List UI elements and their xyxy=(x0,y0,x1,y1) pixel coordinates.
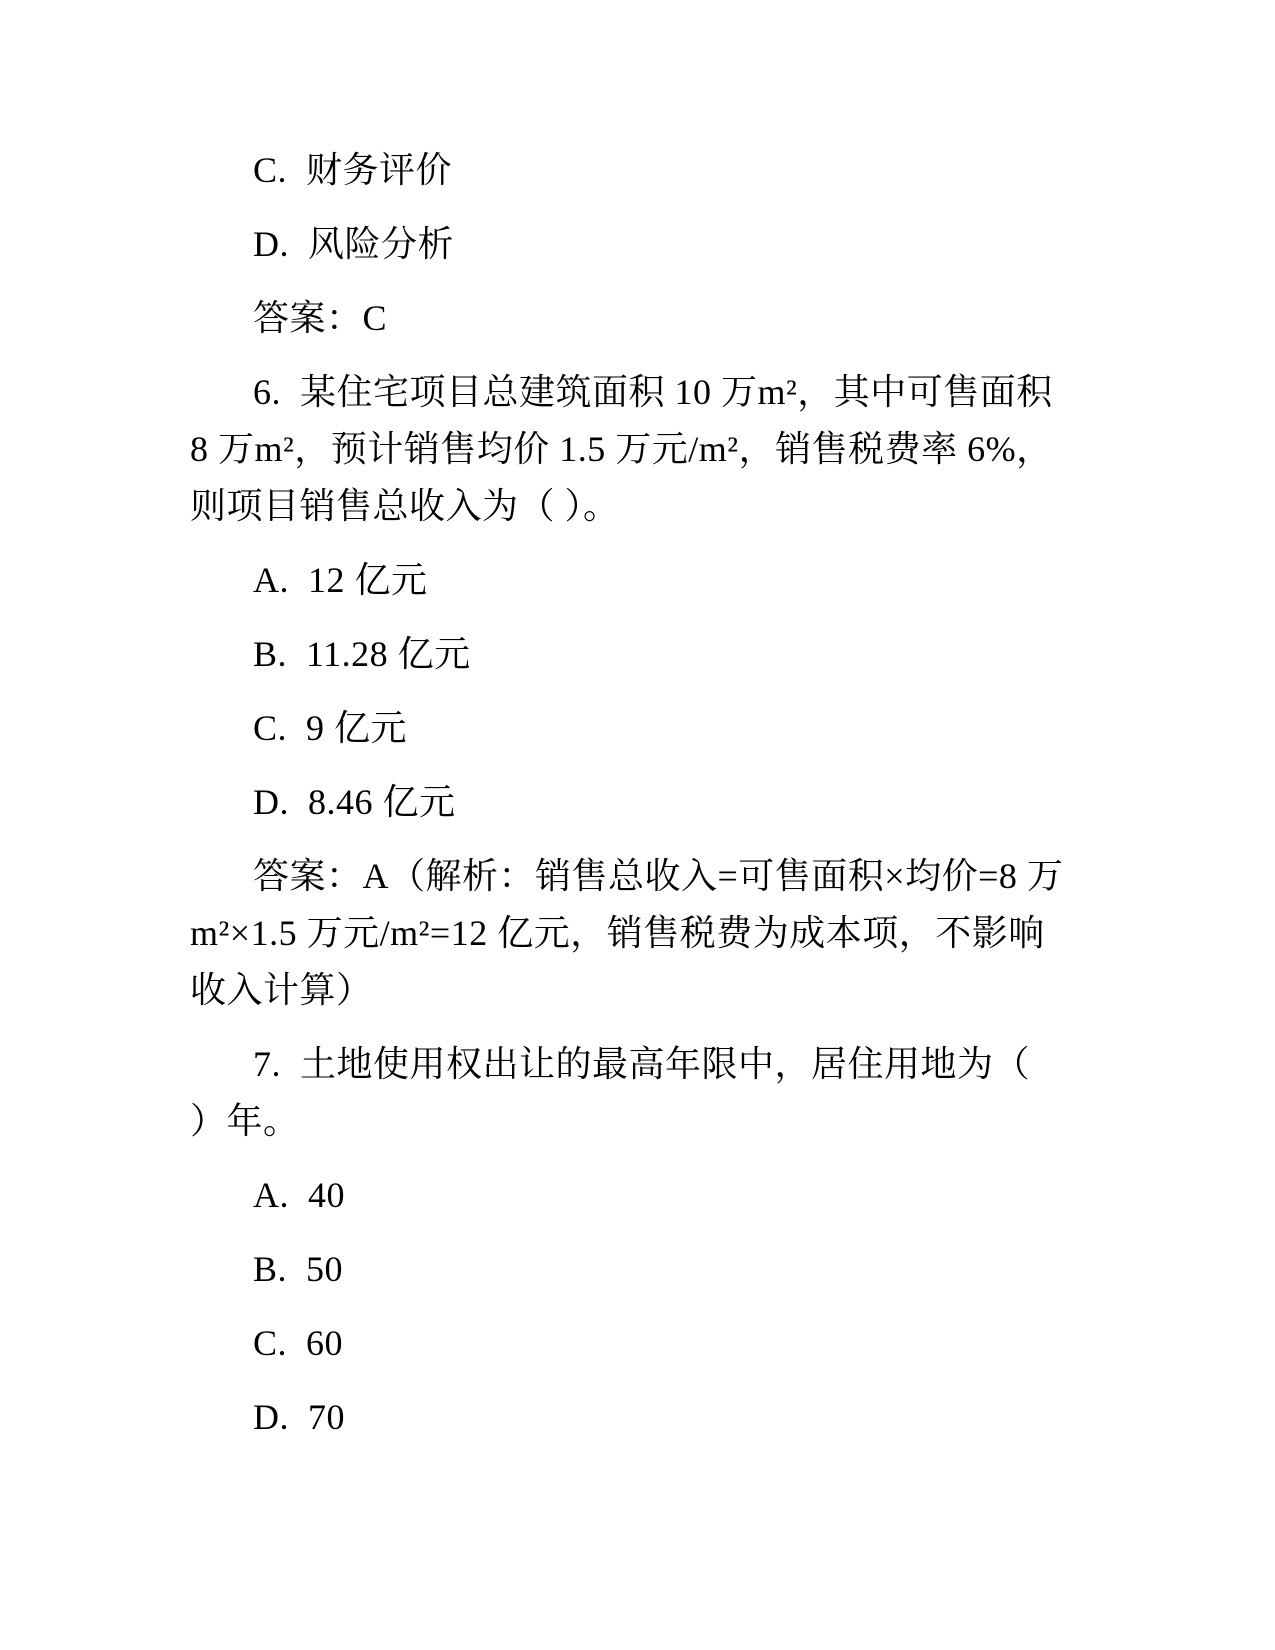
option-text: A. 40 xyxy=(190,1167,1095,1224)
option-text: B. 50 xyxy=(190,1241,1095,1298)
question-text-line: 7. 土地使用权出让的最高年限中，居住用地为（ xyxy=(190,1036,1095,1093)
question-6-option-b: B. 11.28 亿元 xyxy=(190,626,1095,683)
question-6-option-a: A. 12 亿元 xyxy=(190,552,1095,609)
question-text-line: 8 万m²，预计销售均价 1.5 万元/m²，销售税费率 6%， xyxy=(190,421,1095,478)
question-5-answer: 答案：C xyxy=(190,290,1095,347)
answer-text: 答案：C xyxy=(190,290,1095,347)
answer-text-line: 收入计算） xyxy=(190,962,1095,1019)
question-5-option-d: D. 风险分析 xyxy=(190,216,1095,273)
answer-text-line: m²×1.5 万元/m²=12 亿元，销售税费为成本项，不影响 xyxy=(190,905,1095,962)
question-text-line: ）年。 xyxy=(190,1093,1095,1150)
option-text: D. 8.46 亿元 xyxy=(190,774,1095,831)
question-6-option-d: D. 8.46 亿元 xyxy=(190,774,1095,831)
question-7-option-d: D. 70 xyxy=(190,1389,1095,1446)
question-7-option-c: C. 60 xyxy=(190,1315,1095,1372)
question-6-stem: 6. 某住宅项目总建筑面积 10 万m²，其中可售面积 8 万m²，预计销售均价… xyxy=(190,364,1095,535)
question-7-stem: 7. 土地使用权出让的最高年限中，居住用地为（ ）年。 xyxy=(190,1036,1095,1150)
question-7-option-a: A. 40 xyxy=(190,1167,1095,1224)
option-text: B. 11.28 亿元 xyxy=(190,626,1095,683)
question-6-option-c: C. 9 亿元 xyxy=(190,700,1095,757)
exam-document-page: C. 财务评价 D. 风险分析 答案：C 6. 某住宅项目总建筑面积 10 万m… xyxy=(0,0,1275,1650)
question-5-option-c: C. 财务评价 xyxy=(190,142,1095,199)
question-text-line: 6. 某住宅项目总建筑面积 10 万m²，其中可售面积 xyxy=(190,364,1095,421)
option-text: C. 财务评价 xyxy=(190,142,1095,199)
option-text: A. 12 亿元 xyxy=(190,552,1095,609)
option-text: D. 70 xyxy=(190,1389,1095,1446)
answer-text-line: 答案：A（解析：销售总收入=可售面积×均价=8 万 xyxy=(190,848,1095,905)
option-text: C. 60 xyxy=(190,1315,1095,1372)
option-text: C. 9 亿元 xyxy=(190,700,1095,757)
option-text: D. 风险分析 xyxy=(190,216,1095,273)
question-text-line: 则项目销售总收入为（ ）。 xyxy=(190,478,1095,535)
question-7-option-b: B. 50 xyxy=(190,1241,1095,1298)
question-6-answer-explanation: 答案：A（解析：销售总收入=可售面积×均价=8 万 m²×1.5 万元/m²=1… xyxy=(190,848,1095,1019)
